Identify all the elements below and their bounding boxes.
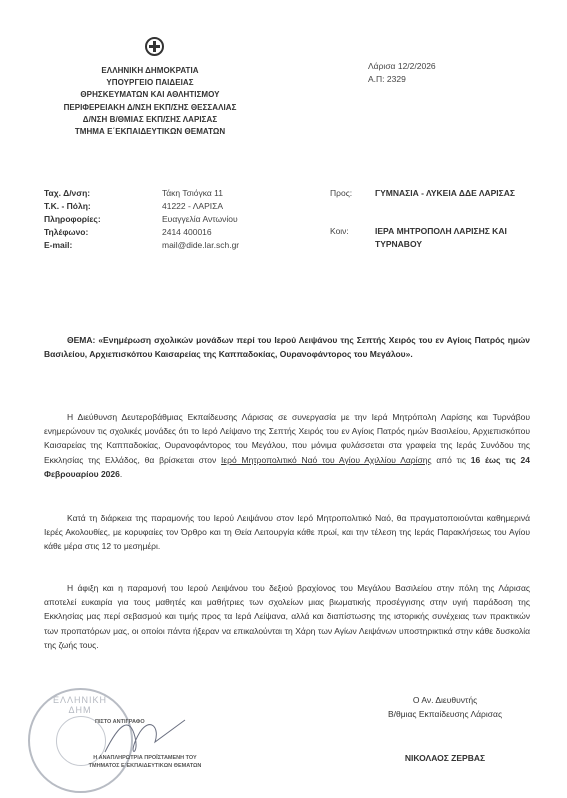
signatory-title: Ο Αν. Διευθυντής Β/θμιας Εκπαίδευσης Λάρ… [360,693,530,721]
signatory-name: ΝΙΚΟΛΑΟΣ ΖΕΡΒΑΣ [360,753,530,763]
certifier-line: ΤΜΗΜΑΤΟΣ Ε΄ΕΚΠΑΙΔΕΥΤΙΚΩΝ ΘΕΜΑΤΩΝ [70,762,220,770]
contact-row: Πληροφορίες:Ευαγγελία Αντωνίου [44,213,239,226]
signatory-title-line: Ο Αν. Διευθυντής [360,693,530,707]
contact-row: E-mail:mail@dide.lar.sch.gr [44,239,239,252]
letterhead-line: ΠΕΡΙΦΕΡΕΙΑΚΗ Δ/ΝΣΗ ΕΚΠ/ΣΗΣ ΘΕΣΣΑΛΙΑΣ [40,102,260,114]
recipient-cc: Κοιν: ΙΕΡΑ ΜΗΤΡΟΠΟΛΗ ΛΑΡΙΣΗΣ ΚΑΙ ΤΥΡΝΑΒΟ… [330,225,540,250]
contact-label: Τ.Κ. - Πόλη: [44,200,162,213]
date-block: Λάρισα 12/2/2026 Α.Π: 2329 [368,60,436,85]
contact-value: Ευαγγελία Αντωνίου [162,213,238,226]
body-paragraph-1: Η Διεύθυνση Δευτεροβάθμιας Εκπαίδευσης Λ… [44,410,530,481]
paragraph-text: . [120,469,122,479]
recipient-cc-value: ΙΕΡΑ ΜΗΤΡΟΠΟΛΗ ΛΑΡΙΣΗΣ ΚΑΙ ΤΥΡΝΑΒΟΥ [375,225,540,250]
place-date: Λάρισα 12/2/2026 [368,60,436,73]
certifier-title: Η ΑΝΑΠΛΗΡΩΤΡΙΑ ΠΡΟΪΣΤΑΜΕΝΗ ΤΟΥ ΤΜΗΜΑΤΟΣ … [70,754,220,770]
body-paragraph-2: Κατά τη διάρκεια της παραμονής του Ιερού… [44,511,530,554]
paragraph-text: από τις [432,455,471,465]
contact-value: 41222 - ΛΑΡΙΣΑ [162,200,223,213]
letterhead: ΕΛΛΗΝΙΚΗ ΔΗΜΟΚΡΑΤΙΑ ΥΠΟΥΡΓΕΙΟ ΠΑΙΔΕΙΑΣ Θ… [40,65,260,138]
letterhead-line: Δ/ΝΣΗ Β/ΘΜΙΑΣ ΕΚΠ/ΣΗΣ ΛΑΡΙΣΑΣ [40,114,260,126]
contact-row: Τ.Κ. - Πόλη:41222 - ΛΑΡΙΣΑ [44,200,239,213]
body-paragraph-3: Η άφιξη και η παραμονή του Ιερού Λειψάνο… [44,581,530,652]
recipient-to: Προς: ΓΥΜΝΑΣΙΑ - ΛΥΚΕΙΑ ΔΔΕ ΛΑΡΙΣΑΣ [330,187,540,200]
contact-row: Τηλέφωνο:2414 400016 [44,226,239,239]
coat-of-arms-icon [145,37,164,56]
contact-row: Ταχ. Δ/νση:Τάκη Τσιόγκα 11 [44,187,239,200]
contact-label: Ταχ. Δ/νση: [44,187,162,200]
contact-label: Τηλέφωνο: [44,226,162,239]
recipient-to-value: ΓΥΜΝΑΣΙΑ - ΛΥΚΕΙΑ ΔΔΕ ΛΑΡΙΣΑΣ [375,187,540,200]
letterhead-line: ΤΜΗΜΑ Ε΄ΕΚΠΑΙΔΕΥΤΙΚΩΝ ΘΕΜΑΤΩΝ [40,126,260,138]
contact-label: Πληροφορίες: [44,213,162,226]
certifier-line: Η ΑΝΑΠΛΗΡΩΤΡΙΑ ΠΡΟΪΣΤΑΜΕΝΗ ΤΟΥ [70,754,220,762]
recipient-to-label: Προς: [330,187,375,200]
email-value[interactable]: mail@dide.lar.sch.gr [162,239,239,252]
protocol-number: Α.Π: 2329 [368,73,436,86]
contact-value: Τάκη Τσιόγκα 11 [162,187,223,200]
signatory-title-line: Β/θμιας Εκπαίδευσης Λάρισας [360,707,530,721]
letterhead-line: ΥΠΟΥΡΓΕΙΟ ΠΑΙΔΕΙΑΣ [40,77,260,89]
contact-label: E-mail: [44,239,162,252]
subject: ΘΕΜΑ: «Ενημέρωση σχολικών μονάδων περί τ… [44,333,530,361]
contact-info: Ταχ. Δ/νση:Τάκη Τσιόγκα 11 Τ.Κ. - Πόλη:4… [44,187,239,252]
letterhead-line: ΘΡΗΣΚΕΥΜΑΤΩΝ ΚΑΙ ΑΘΛΗΤΙΣΜΟΥ [40,89,260,101]
recipient-cc-label: Κοιν: [330,225,375,250]
letterhead-line: ΕΛΛΗΝΙΚΗ ΔΗΜΟΚΡΑΤΙΑ [40,65,260,77]
contact-value: 2414 400016 [162,226,212,239]
venue-link: Ιερό Μητροπολιτικό Ναό του Αγίου Αχιλλίο… [221,455,432,465]
